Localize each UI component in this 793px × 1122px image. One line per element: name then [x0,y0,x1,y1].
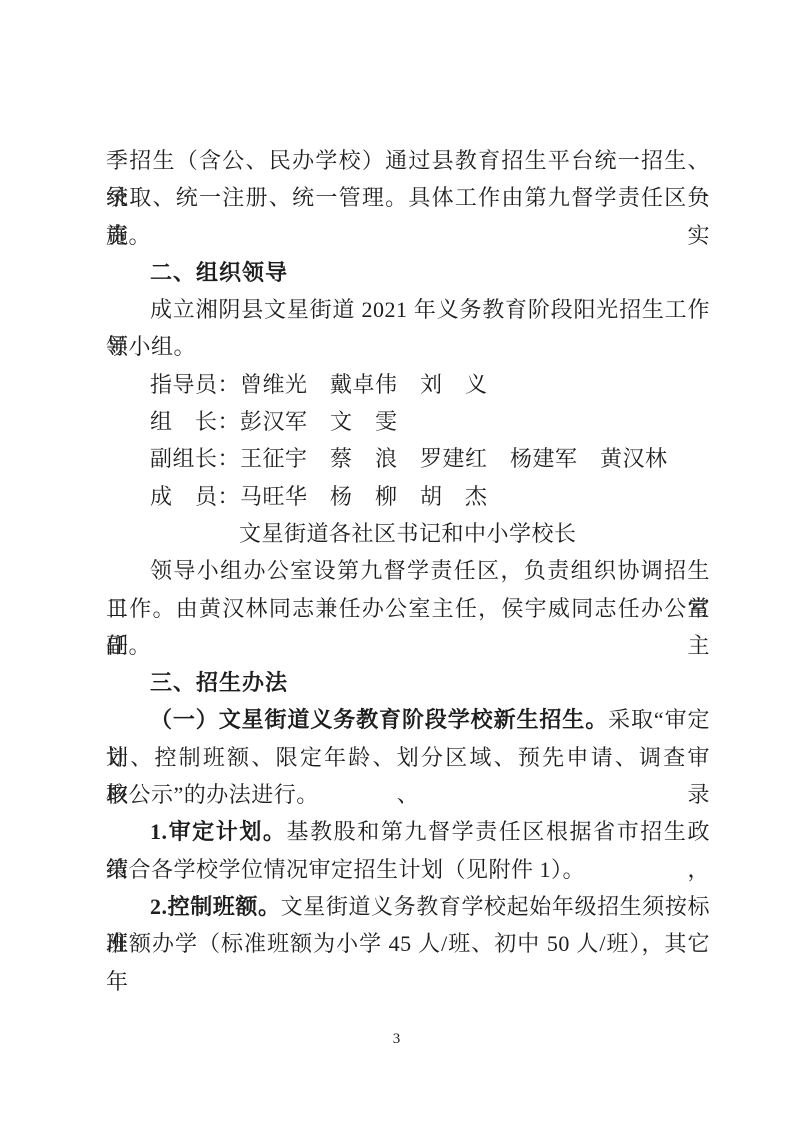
roster-line-members: 成 员：马旺华 杨 柳 胡 杰 [106,478,710,515]
bold-run: 2.控制班额。 [150,894,281,919]
doc-line-17: 划、控制班额、限定年龄、划分区域、预先申请、调查审核、录 [106,739,710,776]
text-run: 组 长：彭汉军 文 雯 [150,409,398,434]
text-run: 班额办学（标准班额为小学 45 人/班、初中 50 人/班），其它年 [106,931,710,993]
text-run: 结合各学校学位情况审定招生计划（见附件 1）。 [106,857,585,882]
roster-line-advisors: 指导员：曾维光 戴卓伟 刘 义 [106,366,710,403]
text-run: 录取、统一注册、统一管理。具体工作由第九督学责任区负责实 [106,185,710,247]
text-run: 指导员：曾维光 戴卓伟 刘 义 [150,372,488,397]
text-run: 工作。由黄汉林同志兼任办公室主任，侯宇威同志任办公室副主 [106,596,710,658]
bold-run: （一）文星街道义务教育阶段学校新生招生。 [150,707,608,732]
section-heading-organization: 二、组织领导 [106,254,710,291]
text-run: 文星街道各社区书记和中小学校长 [239,521,577,546]
text-run: 导小组。 [106,334,196,359]
doc-line-05: 成立湘阴县文星街道 2021 年义务教育阶段阳光招生工作领 [106,291,710,328]
roster-line-deputy-leaders: 副组长：王征宇 蔡 浪 罗建红 杨建军 黄汉林 [106,440,710,477]
heading-text: 二、组织领导 [150,260,288,285]
doc-line-01: 季招生（含公、民办学校）通过县教育招生平台统一招生、统一 [106,142,710,179]
doc-line-06: 导小组。 [106,328,710,365]
text-run: 取公示”的办法进行。 [106,782,319,807]
doc-line-16: （一）文星街道义务教育阶段学校新生招生。采取“审定计 [106,701,710,738]
roster-line-members-cont: 文星街道各社区书记和中小学校长 [106,515,710,552]
doc-line-02: 录取、统一注册、统一管理。具体工作由第九督学责任区负责实 [106,179,710,216]
doc-line-19-item-1: 1.审定计划。基教股和第九督学责任区根据省市招生政策， [106,813,710,850]
doc-line-22: 班额办学（标准班额为小学 45 人/班、初中 50 人/班），其它年 [106,925,710,962]
heading-text: 三、招生办法 [150,670,288,695]
doc-line-21-item-2: 2.控制班额。文星街道义务教育学校起始年级招生须按标准 [106,888,710,925]
section-heading-enrollment-method: 三、招生办法 [106,664,710,701]
text-run: 任。 [106,633,151,658]
text-run: 施。 [106,223,151,248]
document-text-block: 季招生（含公、民办学校）通过县教育招生平台统一招生、统一 录取、统一注册、统一管… [106,142,710,963]
roster-line-leader: 组 长：彭汉军 文 雯 [106,403,710,440]
text-run: 成 员：马旺华 杨 柳 胡 杰 [150,484,488,509]
document-page: 季招生（含公、民办学校）通过县教育招生平台统一招生、统一 录取、统一注册、统一管… [0,0,793,1122]
page-number: 3 [0,1028,793,1050]
doc-line-13: 工作。由黄汉林同志兼任办公室主任，侯宇威同志任办公室副主 [106,590,710,627]
text-run: 副组长：王征宇 蔡 浪 罗建红 杨建军 黄汉林 [150,446,668,471]
doc-line-12: 领导小组办公室设第九督学责任区，负责组织协调招生日常 [106,552,710,589]
bold-run: 1.审定计划。 [150,819,287,844]
